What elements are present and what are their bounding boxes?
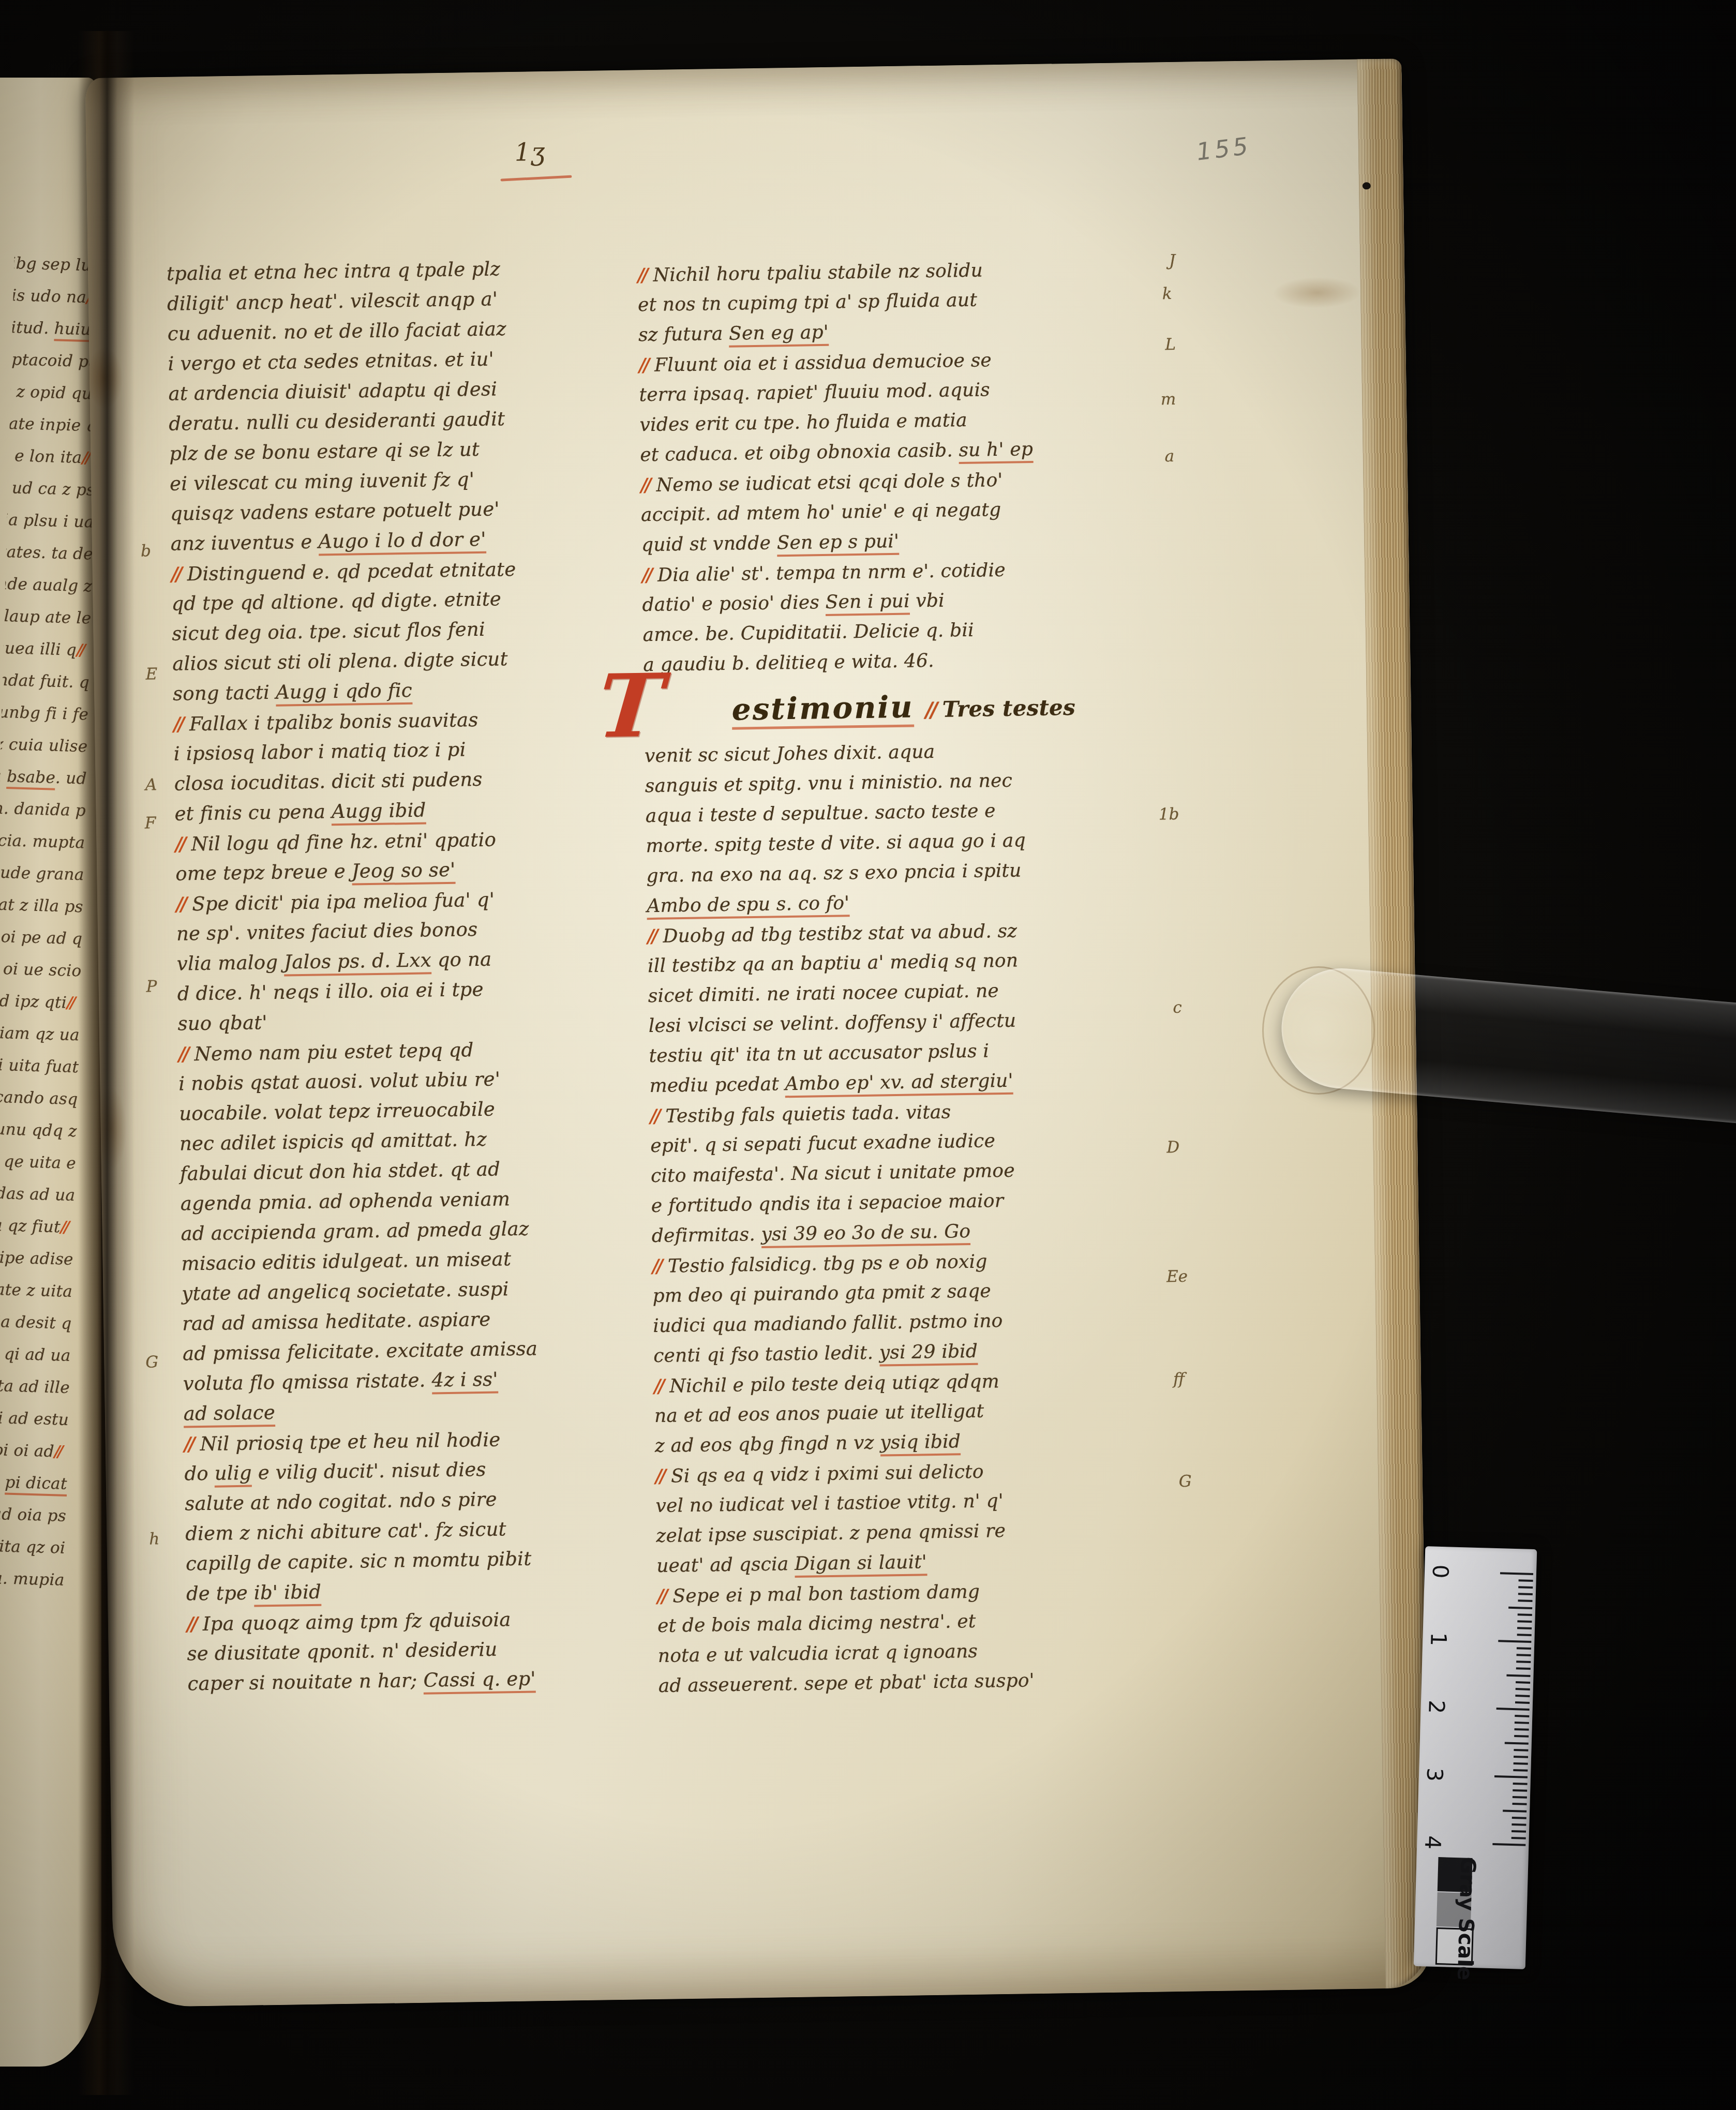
- paragraph-mark: //: [187, 1612, 196, 1635]
- margin-index-letter: A: [145, 775, 157, 794]
- text-run: se diusitate qponit. n' desideriu: [187, 1638, 497, 1665]
- gray-scale-ruler: 01234 Gray Scale: [1414, 1546, 1537, 1969]
- red-underlined-citation: Ambo ep' xv. ad stergiu': [785, 1070, 1013, 1098]
- text-run: ne aut ad ipz qti: [0, 990, 67, 1012]
- text-run: t ud ulitud.: [12, 317, 54, 338]
- ruler-tick-label: 4: [1421, 1831, 1444, 1854]
- text-run: a sspacia. mupia: [0, 1567, 65, 1589]
- text-run: mediu pcedat: [649, 1073, 785, 1097]
- text-run: sanguis et spitg. vnu i ministio. na nec: [645, 770, 1013, 797]
- text-run: ei vilescat cu ming iuvenit fz q': [170, 468, 475, 495]
- paragraph-mark: //: [657, 1585, 666, 1607]
- red-underlined-citation: Jeog so se': [351, 859, 455, 886]
- text-run: i qi oi scando asq: [0, 1086, 78, 1109]
- text-run: a gaudiu b. delitieq e wita. 46.: [643, 650, 934, 676]
- text-line: p ua ditate z uita: [0, 1273, 73, 1308]
- ruler-minor-tick: [1515, 1695, 1530, 1697]
- text-run: centi qi fso tastio ledit.: [653, 1342, 879, 1367]
- text-run: . ud: [55, 769, 87, 788]
- text-run: plz de se bonu estare qi se lz ut: [169, 438, 480, 465]
- text-run: amce. be. Cupiditatii. Delicie q. bii: [642, 620, 974, 646]
- text-run: ualu i ude grana: [0, 862, 84, 884]
- text-line: as solatu bsabe. ud: [0, 760, 87, 795]
- ruler-tick-label: 2: [1425, 1695, 1448, 1718]
- text-run: qd tpe qd altione. qd digte. etnite: [171, 588, 501, 615]
- margin-index-letter: G: [145, 1353, 158, 1371]
- text-run: closa iocuditas. dicit sti pudens: [174, 768, 483, 795]
- ruler-half-tick: [1503, 1809, 1527, 1812]
- text-line: //q ad uita pi oi ad: [0, 1433, 68, 1468]
- paragraph-mark: //: [175, 832, 184, 855]
- text-line: caper si nouitate n har; Cassi q. ep': [187, 1663, 617, 1699]
- gray-scale-patches: [1425, 1546, 1537, 1549]
- text-line: q ad pidas ad ua: [0, 1177, 76, 1211]
- text-run: et nos tn cupimg tpi a' sp fluida aut: [638, 290, 977, 316]
- text-line: ualu i ude grana: [0, 857, 84, 891]
- text-line: ite dicat z illa ps: [0, 889, 84, 923]
- ruler-tick-label: 0: [1428, 1560, 1451, 1583]
- text-run: deratu. nulli cu desideranti gaudit: [169, 408, 505, 435]
- text-run: ad accipienda gram. ad pmeda glaz: [181, 1218, 529, 1245]
- text-line: i pictin. za ud ca z ps: [8, 472, 96, 506]
- text-line: ut ntates z opid qui: [10, 376, 98, 410]
- paragraph-mark: //: [173, 712, 183, 735]
- margin-index-letter: D: [1166, 1138, 1179, 1157]
- text-line: ici amistate inpie q: [9, 408, 97, 442]
- margin-index-letter: F: [145, 814, 156, 832]
- red-underlined-citation: pi dicat: [5, 1473, 67, 1497]
- text-run: ad pmissa felicitate. excitate amissa: [183, 1337, 538, 1365]
- text-line: //ne aut ad ipz qti: [0, 985, 81, 1020]
- margin-index-letter: k: [1162, 285, 1172, 303]
- ruler-minor-tick: [1514, 1756, 1528, 1758]
- photographed-manuscript-scene: euibg matibg sep lua//psit. z spis udo n…: [0, 0, 1736, 2110]
- edge-stain: [1273, 277, 1361, 309]
- ruler-major-tick: [1494, 1775, 1528, 1778]
- text-run: ne sp'. vnites faciut dies bonos: [176, 918, 478, 945]
- paragraph-mark: //: [637, 264, 646, 286]
- text-run: go do claup ate le: [4, 605, 92, 628]
- ruler-minor-tick: [1514, 1749, 1528, 1752]
- ruler-minor-tick: [1514, 1735, 1529, 1738]
- text-run: psit. z spis udo na: [13, 284, 87, 307]
- text-run: uita qz oi ad estu: [0, 1406, 69, 1429]
- text-run: vel no iudicat vel i tastioe vtitg. n' q…: [655, 1490, 1004, 1517]
- text-run: diem z nichi abiture cat'. fz sicut: [185, 1518, 506, 1545]
- ruler-minor-tick: [1511, 1837, 1526, 1839]
- text-run: i nobis qstat auosi. volut ubiu re': [178, 1068, 500, 1095]
- text-line: t ud ulitud. huius: [12, 311, 100, 346]
- text-run: q ad pidas ad ua: [0, 1183, 76, 1205]
- text-run: e uo blande aualg z: [5, 573, 92, 596]
- text-run: ytate ad angelicq societate. suspi: [182, 1278, 509, 1305]
- text-run: sicet dimiti. ne irati nocee cupiat. ne: [648, 980, 999, 1007]
- ruler-major-tick: [1498, 1640, 1531, 1643]
- text-line: go do claup ate le: [4, 600, 92, 635]
- text-line: e cale teptacoid pa: [11, 343, 99, 378]
- text-run: ite dicat z illa ps: [0, 894, 83, 916]
- text-run: Sepe ei p mal bon tastiom damg: [672, 1581, 980, 1607]
- text-line: i qi oi scando asq: [0, 1081, 78, 1116]
- margin-index-letter: J: [1169, 251, 1176, 270]
- text-line: //ut sibi cauea illi q: [3, 632, 91, 667]
- ruler-minor-tick: [1515, 1722, 1529, 1724]
- red-underlined-citation: Augg i qdo fic: [276, 679, 412, 707]
- text-line: ad asseuerent. sepe et pbat' icta suspo': [658, 1665, 1114, 1701]
- red-underlined-citation: su h' ep: [959, 439, 1033, 464]
- text-run: salute at ndo cogitat. ndo s pire: [185, 1488, 497, 1515]
- text-run: capillg de capite. sic n momtu pibit: [186, 1548, 532, 1575]
- paragraph-mark: //: [54, 1442, 61, 1461]
- text-run: zelat ipse suscipiat. z pena qmissi re: [656, 1520, 1006, 1547]
- text-line: a p mdiunbg fi i fe: [1, 696, 89, 731]
- text-run: et finis cu pena: [174, 800, 332, 825]
- text-run: Fallax i tpalibz bonis suavitas: [189, 709, 478, 735]
- text-line: uolo veiam qz ua: [0, 1017, 80, 1052]
- margin-index-letters: bEAFPGhJkLma1bcDEeffG: [85, 58, 1401, 78]
- gray-scale-label: Gray Scale: [1453, 1857, 1480, 1981]
- paragraph-mark: //: [639, 354, 648, 376]
- text-line: scat uita qi ad ua: [0, 1337, 71, 1372]
- text-run: na et ad eos anos puaie ut itelligat: [654, 1401, 984, 1427]
- text-line: uita qz oi ad estu: [0, 1401, 69, 1436]
- text-run: e vilig ducit'. nisut dies: [251, 1458, 486, 1484]
- ruler-minor-tick: [1518, 1593, 1533, 1595]
- red-underlined-citation: 4z i ss': [431, 1368, 498, 1395]
- text-run: e fortitudo qndis ita i sepacioe maior: [651, 1190, 1004, 1217]
- text-run: i pictin. za ud ca z ps: [8, 476, 95, 499]
- red-underlined-citation: Jalos ps. d. Lxx: [284, 949, 431, 976]
- ruler-minor-tick: [1518, 1613, 1532, 1616]
- paragraph-mark: //: [77, 641, 84, 660]
- ruler-minor-tick: [1519, 1579, 1533, 1582]
- margin-index-letter: c: [1173, 998, 1182, 1017]
- text-run: uocabile. volat tepz irreuocabile: [179, 1098, 495, 1125]
- ruler-minor-tick: [1515, 1701, 1530, 1704]
- text-run: vides erit cu tpe. ho fluida e matia: [639, 410, 967, 436]
- text-run: a p mdiunbg fi i fe: [1, 701, 88, 724]
- text-run: morte. spitg teste d vite. si aqua go i …: [646, 830, 1026, 857]
- text-run: ici amistate inpie q: [9, 412, 97, 436]
- text-run: vbi: [909, 590, 945, 612]
- text-run: Spe dicit' pia ipa melioa fua' q': [192, 889, 495, 916]
- ruler-minor-tick: [1511, 1830, 1526, 1833]
- margin-index-letter: m: [1161, 390, 1176, 409]
- red-underlined-citation: Cassi q. ep': [423, 1667, 536, 1694]
- text-run: quid st vndde: [641, 532, 777, 556]
- paragraph-mark: //: [642, 564, 651, 586]
- paragraph-mark: //: [654, 1375, 663, 1397]
- margin-index-letter: h: [149, 1530, 160, 1548]
- text-run: pm deo qi puirando gta pmit z saqe: [652, 1280, 991, 1307]
- text-run: i vergo et cta sedes etnitas. et iu': [168, 348, 494, 375]
- text-run: lesi vlcisci se velint. doffensy i' affe…: [648, 1010, 1016, 1037]
- margin-index-letter: ff: [1173, 1370, 1185, 1388]
- text-run: z uitate ipe adise: [0, 1246, 73, 1269]
- text-line: quoe cia plsu i ua: [7, 504, 95, 538]
- text-run: Nil logu qd fine hz. etni' qpatio: [191, 828, 496, 855]
- text-run: voluta flo qmissa ristate.: [183, 1369, 432, 1395]
- paragraph-mark: //: [171, 562, 180, 585]
- margin-index-letter: a: [1164, 447, 1174, 466]
- text-run: Ipa quoqz aimg tpm fz qduisoia: [203, 1608, 511, 1635]
- text-run: p qd pendat fuit. q: [2, 669, 89, 692]
- text-run: scat uita qi ad ua: [0, 1342, 71, 1365]
- text-run: venit sc sicut Johes dixit. aqua: [645, 741, 935, 767]
- text-run: Nichil horu tpaliu stabile nz solidu: [653, 260, 983, 286]
- margin-index-letter: L: [1165, 335, 1176, 354]
- text-column-right: //Nichil horu tpaliu stabile nz soliduet…: [637, 253, 1114, 1701]
- decorated-initial: T: [595, 667, 667, 745]
- text-run: e uita qz ad oia ps: [0, 1503, 66, 1525]
- red-underlined-citation: Sen eg ap': [729, 322, 829, 348]
- text-run: ad oia pia desit q: [0, 1310, 72, 1333]
- text-run: terra ipsaq. rapiet' fluuiu mod. aquis: [639, 379, 990, 406]
- text-line: z ad q pita ad ille: [0, 1369, 70, 1404]
- ruler-minor-tick: [1513, 1796, 1527, 1799]
- paragraph-mark: //: [652, 1255, 661, 1277]
- text-run: aqua i teste d sepultue. sacto teste e: [645, 800, 995, 827]
- quire-mark: 1ʒ: [514, 138, 545, 167]
- text-run: domos z cuia ulise: [1, 733, 88, 756]
- text-run: testiu qit' ita tn ut accusator pslus i: [649, 1040, 989, 1067]
- text-run: i ipsiosq labor i matiq tioz i pi: [174, 738, 466, 765]
- heading-word: estimoniu: [731, 689, 914, 729]
- ruler-minor-tick: [1513, 1789, 1527, 1792]
- heading-continuation: Tres testes: [942, 695, 1075, 722]
- text-run: a sspacia. mupta: [0, 830, 85, 852]
- text-run: caper si nouitate n har;: [187, 1669, 424, 1695]
- ruler-half-tick: [1505, 1742, 1529, 1744]
- text-run: id amon. danida p: [0, 797, 86, 820]
- text-run: uolu ad ita qz oi: [0, 1535, 66, 1558]
- ruler-minor-tick: [1512, 1803, 1527, 1805]
- folio-number-pencil: 155: [1195, 131, 1252, 166]
- quire-mark-red-underline: [500, 175, 572, 182]
- text-line: //psit. z spis udo na: [13, 279, 101, 314]
- text-run: z ita qi oi ue scio: [0, 958, 82, 981]
- text-run: Si qs ea q vidz i pximi sui delicto: [671, 1461, 984, 1487]
- text-line: uult ad qe uita e: [0, 1145, 77, 1179]
- text-run: z ad eos qbg fingd n vz: [655, 1432, 880, 1457]
- ruler-minor-tick: [1518, 1586, 1533, 1589]
- ruler-major-tick: [1492, 1843, 1525, 1846]
- ruler-half-tick: [1508, 1606, 1532, 1609]
- red-underlined-citation: ulig: [215, 1462, 252, 1488]
- ruler-minor-tick: [1517, 1634, 1532, 1636]
- text-run: e cale teptacoid pa: [11, 348, 98, 371]
- red-underlined-citation: Sen ep s pui': [776, 531, 899, 557]
- ruler-major-tick: [1496, 1708, 1530, 1711]
- text-line: e uastatates. ta de: [6, 536, 94, 571]
- red-underlined-citation: Augo i lo d dor e': [318, 528, 486, 556]
- text-run: e uastatates. ta de: [6, 541, 93, 563]
- ruler-minor-tick: [1513, 1769, 1528, 1772]
- text-run: at ardencia diuisit' adaptu qi desi: [168, 378, 497, 405]
- text-run: ualeat. unu qdq z: [0, 1118, 77, 1141]
- text-run: sz futura: [638, 323, 729, 346]
- text-run: ueat' ad qscia: [656, 1553, 795, 1577]
- paragraph-mark: //: [650, 1105, 659, 1127]
- ruler-major-tick: [1500, 1572, 1533, 1575]
- ruler-minor-tick: [1517, 1654, 1531, 1656]
- text-run: accipit. ad mtem ho' unie' e qi negatg: [641, 499, 1001, 526]
- text-run: nec adilet ispicis qd amittat. hz: [179, 1128, 487, 1155]
- text-run: epit'. q si sepati fucut exadne iudice: [650, 1130, 995, 1157]
- paragraph-mark: //: [178, 1042, 187, 1065]
- red-underlined-citation: ysi 29 ibid: [879, 1341, 978, 1367]
- red-underlined-citation: Augg ibid: [332, 799, 426, 826]
- text-column-left: tpalia et etna hec intra q tpale plzdili…: [167, 252, 617, 1699]
- text-run: et caduca. et oibg obnoxia casib.: [640, 440, 959, 466]
- paragraph-mark: //: [60, 1218, 67, 1236]
- text-run: qo na: [431, 948, 491, 971]
- text-run: p ua ditate z uita: [0, 1278, 73, 1301]
- paragraph-mark: //: [184, 1432, 193, 1455]
- text-run: Nil priosiq tpe et heu nil hodie: [200, 1428, 500, 1455]
- text-run: ad te qi oi pe ad q: [0, 925, 83, 948]
- margin-index-letter: P: [146, 977, 157, 996]
- text-line: a sspacia. mupta: [0, 825, 85, 859]
- text-line: e uita qz ad oia ps: [0, 1498, 67, 1532]
- text-run: Nemo se iudicat etsi qcqi dole s tho': [656, 470, 1003, 496]
- text-run: d dice. h' neqs i illo. oia ei i tpe: [177, 978, 484, 1005]
- ruler-half-tick: [1506, 1674, 1530, 1677]
- ruler-minor-tick: [1511, 1823, 1526, 1826]
- text-run: diligit' ancp heat'. vilescit anqp a': [167, 288, 498, 315]
- text-run: misacio editis idulgeat. un miseat: [181, 1248, 511, 1275]
- text-run: itq ad oia qz fiut: [0, 1214, 61, 1236]
- text-run: ut sibi cauea illi q: [3, 637, 77, 660]
- red-underlined-citation: bsabe: [6, 767, 55, 790]
- facing-page-edge: euibg matibg sep lua//psit. z spis udo n…: [0, 78, 101, 2067]
- text-line: p qd pendat fuit. q: [2, 664, 90, 699]
- text-run: Nichil e pilo teste deiq utiqz qdqm: [669, 1371, 999, 1397]
- paragraph-mark: //: [640, 474, 649, 496]
- text-run: quisqz vadens estare potuelt pue': [170, 498, 500, 525]
- margin-index-letter: Ee: [1166, 1267, 1188, 1286]
- text-line: z ita qi oi ue scio: [0, 953, 82, 987]
- ruler-minor-tick: [1514, 1762, 1528, 1765]
- ruler-minor-tick: [1513, 1783, 1528, 1785]
- text-line: id amon. danida p: [0, 792, 86, 827]
- text-line: uolu ad ita qz oi: [0, 1530, 66, 1564]
- text-run: Nemo nam piu estet tepq qd: [194, 1039, 474, 1065]
- text-run: suo qbat': [177, 1011, 267, 1035]
- text-run: datio' e posio' dies: [642, 592, 826, 616]
- text-run: gra. na exo na aq. sz s exo pncia i spit…: [646, 860, 1022, 887]
- margin-index-letter: 1b: [1159, 805, 1179, 824]
- text-run: z ad q pita ad ille: [0, 1374, 70, 1397]
- text-run: ut ntates z opid qui: [10, 380, 98, 403]
- text-run: q ad uita pi oi ad: [0, 1439, 54, 1461]
- text-run: cito maifesta'. Na sicut i unitate pmoe: [651, 1160, 1015, 1187]
- paragraph-mark: //: [647, 925, 656, 947]
- red-underlined-citation: Digan si lauit': [795, 1551, 927, 1578]
- red-underlined-citation: Sen i pui: [825, 591, 910, 616]
- ruler-minor-tick: [1516, 1688, 1530, 1690]
- margin-index-letter: E: [145, 665, 157, 683]
- ruler-minor-tick: [1516, 1668, 1531, 1670]
- text-run: cu aduenit. no et de illo faciat aiaz: [168, 318, 507, 345]
- text-run: zq. za ud ca e lon ita: [8, 444, 82, 467]
- margin-index-letter: G: [1179, 1472, 1192, 1491]
- text-line: sicut z oi uita fuat: [0, 1049, 79, 1084]
- text-run: agenda pmia. ad ophenda veniam: [180, 1188, 510, 1215]
- ruler-minor-tick: [1516, 1681, 1530, 1684]
- ruler-minor-tick: [1517, 1647, 1531, 1650]
- text-line: a sspacia. mupia: [0, 1562, 65, 1596]
- text-run: Duobg ad tbg testibz stat va abud. sz: [663, 921, 1017, 947]
- text-run: Dia alie' st'. tempa tn nrm e'. cotidie: [657, 560, 1006, 586]
- ruler-tick-label: 3: [1423, 1763, 1446, 1786]
- text-run: vlia malog: [177, 951, 285, 975]
- text-run: rad ad amissa heditate. aspiare: [182, 1308, 491, 1335]
- text-run: defirmitas.: [651, 1224, 761, 1247]
- ruler-minor-tick: [1512, 1817, 1527, 1819]
- paragraph-mark: //: [925, 698, 935, 722]
- text-run: alios sicut sti oli plena. digte sicut: [172, 648, 508, 675]
- text-run: song tacti: [173, 681, 276, 705]
- facing-page-text-block: euibg matibg sep lua//psit. z spis udo n…: [0, 247, 101, 1596]
- red-underlined-citation: Ambo de spu s. co fo': [647, 892, 850, 920]
- red-underlined-citation: ysiq ibid: [880, 1431, 961, 1456]
- text-run: uult ad qe uita e: [0, 1150, 76, 1173]
- text-line: ualeat. unu qdq z: [0, 1113, 78, 1148]
- text-line: e uo blande aualg z: [5, 568, 93, 603]
- text-run: Distinguend e. qd pcedat etnitate: [187, 558, 516, 585]
- ruler-tick-label: 1: [1427, 1627, 1450, 1651]
- text-run: nota e ut valcudia icrat q ignoans: [658, 1641, 978, 1667]
- text-line: domos z cuia ulise: [1, 728, 88, 763]
- text-run: quoe cia plsu i ua: [7, 509, 94, 532]
- ruler-minor-tick: [1515, 1715, 1529, 1717]
- gutter-stain: [86, 347, 123, 409]
- text-line: z uitate ipe adise: [0, 1241, 74, 1276]
- text-line: ad oia pia desit q: [0, 1305, 72, 1340]
- text-run: sicut deg oia. tpe. sicut flos feni: [172, 618, 485, 645]
- text-run: Testio falsidicg. tbg ps e ob noxig: [668, 1251, 987, 1277]
- ruler-minor-tick: [1518, 1600, 1532, 1603]
- paragraph-mark: //: [66, 994, 73, 1012]
- text-run: ill testibz qa an baptiu a' mediq sq non: [648, 950, 1019, 977]
- text-run: Testibg fals quietis tada. vitas: [665, 1101, 951, 1127]
- text-run: uolo veiam qz ua: [0, 1022, 80, 1045]
- ruler-minor-tick: [1516, 1660, 1531, 1663]
- paragraph-mark: //: [176, 892, 185, 915]
- margin-index-letter: b: [141, 542, 151, 560]
- text-line: //itq ad oia qz fiut: [0, 1209, 74, 1244]
- text-run: et de bois mala dicimg nestra'. et: [657, 1611, 976, 1637]
- text-run: iudici qua madiando fallit. pstmo ino: [653, 1310, 1003, 1337]
- ruler-minor-tick: [1517, 1627, 1532, 1629]
- text-run: sicut z oi uita fuat: [0, 1054, 79, 1076]
- text-line: itaq z ua pi dicat: [0, 1465, 68, 1500]
- text-run: fabulai dicut don hia stdet. qt ad: [180, 1158, 501, 1185]
- red-underlined-citation: ad solace: [183, 1401, 275, 1428]
- section-heading-line: Testimoniu//Tres testes: [643, 674, 1100, 741]
- text-run: anz iuventus e: [171, 530, 319, 555]
- paragraph-mark: //: [655, 1465, 664, 1487]
- ruler-minor-tick: [1514, 1728, 1529, 1731]
- text-run: Fluunt oia et i assidua demucioe se: [654, 350, 992, 376]
- text-run: de tpe: [186, 1582, 255, 1605]
- ruler-minor-tick: [1517, 1620, 1532, 1623]
- paragraph-mark: //: [82, 448, 89, 467]
- text-run: ome tepz breue e: [175, 860, 352, 885]
- ruler-ticks: 01234: [1425, 1546, 1537, 1549]
- text-line: //zq. za ud ca e lon ita: [8, 440, 96, 474]
